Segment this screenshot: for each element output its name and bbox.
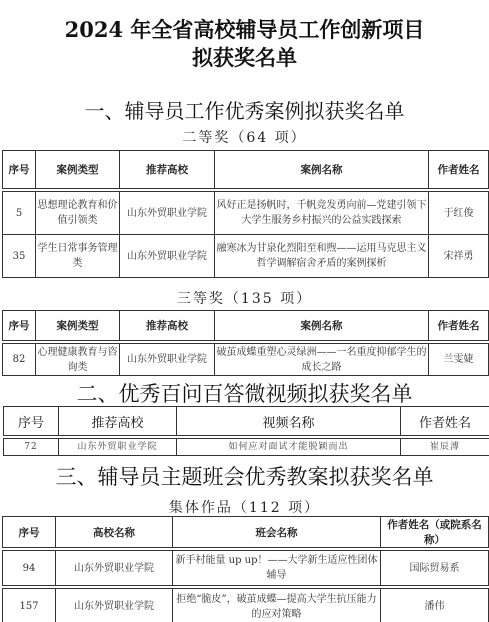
table-row: 35 学生日常事务管理类 山东外贸职业学院 融寒冰为甘泉化烈阳至和煦——运用马克… — [3, 235, 489, 278]
col-header-author: 作者姓名 — [429, 311, 489, 341]
group-works-label: 集体作品（112 项） — [0, 497, 489, 517]
table-row: 157 山东外贸职业学院 拒绝“脆皮”，破茧成蝶—提高大学生抗压能力的应对策略 … — [3, 589, 489, 622]
table-row: 82 心理健康教育与咨询类 山东外贸职业学院 破茧成蝶重塑心灵绿洲——一名重度抑… — [3, 344, 489, 376]
cell-no: 5 — [3, 192, 36, 235]
table-row: 5 思想理论教育和价值引领类 山东外贸职业学院 风好正是扬帆时，千帆竞发勇向前—… — [3, 192, 489, 235]
section1-heading: 一、辅导员工作优秀案例拟获奖名单 — [0, 95, 489, 124]
table-row: 94 山东外贸职业学院 新手村能量 up up！——大学新生适应性团体辅导 国际… — [3, 551, 489, 586]
cell-video-name: 如何应对面试才能脱颖而出 — [177, 439, 401, 456]
cell-author: 国际贸易系 — [381, 551, 489, 586]
cell-no: 82 — [3, 344, 36, 376]
cell-author: 兰雯婕 — [429, 344, 489, 376]
second-prize-label: 二等奖（64 项） — [0, 127, 489, 147]
table-header-row: 序号 案例类型 推荐高校 案例名称 作者姓名 — [3, 151, 489, 189]
section3-heading: 三、辅导员主题班会优秀教案拟获奖名单 — [0, 461, 489, 491]
col-header-type: 案例类型 — [36, 151, 120, 189]
table-header-row: 序号 高校名称 班会名称 作者姓名（或院系名称） — [3, 517, 489, 548]
cell-school: 山东外贸职业学院 — [56, 589, 173, 622]
section2-heading: 二、优秀百问百答微视频拟获奖名单 — [0, 378, 489, 408]
micro-video-table: 序号 推荐高校 视频名称 作者姓名 72 山东外贸职业学院 如何应对面试才能脱颖… — [3, 406, 489, 456]
cell-school: 山东外贸职业学院 — [56, 551, 173, 586]
col-header-author: 作者姓名 — [429, 151, 489, 189]
table-header-row: 序号 案例类型 推荐高校 案例名称 作者姓名 — [3, 311, 489, 341]
col-header-school: 高校名称 — [56, 517, 173, 548]
col-header-school: 推荐高校 — [120, 151, 215, 189]
cell-meeting-name: 拒绝“脆皮”，破茧成蝶—提高大学生抗压能力的应对策略 — [173, 589, 381, 622]
cell-type: 学生日常事务管理类 — [36, 235, 120, 278]
col-header-school: 推荐高校 — [120, 311, 215, 341]
col-header-no: 序号 — [4, 407, 59, 436]
table-row: 72 山东外贸职业学院 如何应对面试才能脱颖而出 崔辰溥 — [4, 439, 489, 456]
cell-school: 山东外贸职业学院 — [120, 192, 215, 235]
col-header-author: 作者姓名 — [401, 407, 489, 436]
col-header-no: 序号 — [3, 311, 36, 341]
document-subtitle: 拟获奖名单 — [0, 42, 489, 72]
col-header-type: 案例类型 — [36, 311, 120, 341]
col-header-no: 序号 — [3, 151, 36, 189]
document-title: 2024 年全省高校辅导员工作创新项目 — [0, 14, 489, 44]
cell-no: 157 — [3, 589, 56, 622]
cell-no: 72 — [4, 439, 59, 456]
col-header-author: 作者姓名（或院系名称） — [381, 517, 489, 548]
second-prize-table: 序号 案例类型 推荐高校 案例名称 作者姓名 5 思想理论教育和价值引领类 山东… — [2, 150, 489, 278]
cell-meeting-name: 新手村能量 up up！——大学新生适应性团体辅导 — [173, 551, 381, 586]
col-header-no: 序号 — [3, 517, 56, 548]
cell-type: 心理健康教育与咨询类 — [36, 344, 120, 376]
third-prize-label: 三等奖（135 项） — [0, 288, 489, 308]
cell-author: 潘伟 — [381, 589, 489, 622]
third-prize-table: 序号 案例类型 推荐高校 案例名称 作者姓名 82 心理健康教育与咨询类 山东外… — [2, 310, 489, 376]
col-header-name: 案例名称 — [215, 151, 429, 189]
class-meeting-table: 序号 高校名称 班会名称 作者姓名（或院系名称） 94 山东外贸职业学院 新手村… — [2, 516, 489, 622]
cell-no: 94 — [3, 551, 56, 586]
cell-school: 山东外贸职业学院 — [120, 344, 215, 376]
col-header-video-name: 视频名称 — [177, 407, 401, 436]
cell-author: 于红俊 — [429, 192, 489, 235]
table-header-row: 序号 推荐高校 视频名称 作者姓名 — [4, 407, 489, 436]
cell-name: 破茧成蝶重塑心灵绿洲——一名重度抑郁学生的成长之路 — [215, 344, 429, 376]
col-header-name: 案例名称 — [215, 311, 429, 341]
cell-no: 35 — [3, 235, 36, 278]
col-header-meeting-name: 班会名称 — [173, 517, 381, 548]
cell-author: 宋祥勇 — [429, 235, 489, 278]
col-header-school: 推荐高校 — [59, 407, 177, 436]
cell-school: 山东外贸职业学院 — [120, 235, 215, 278]
cell-name: 风好正是扬帆时，千帆竞发勇向前—党建引领下大学生服务乡村振兴的公益实践探索 — [215, 192, 429, 235]
cell-author: 崔辰溥 — [401, 439, 489, 456]
cell-type: 思想理论教育和价值引领类 — [36, 192, 120, 235]
cell-school: 山东外贸职业学院 — [59, 439, 177, 456]
cell-name: 融寒冰为甘泉化烈阳至和煦——运用马克思主义哲学调解宿舍矛盾的案例探析 — [215, 235, 429, 278]
